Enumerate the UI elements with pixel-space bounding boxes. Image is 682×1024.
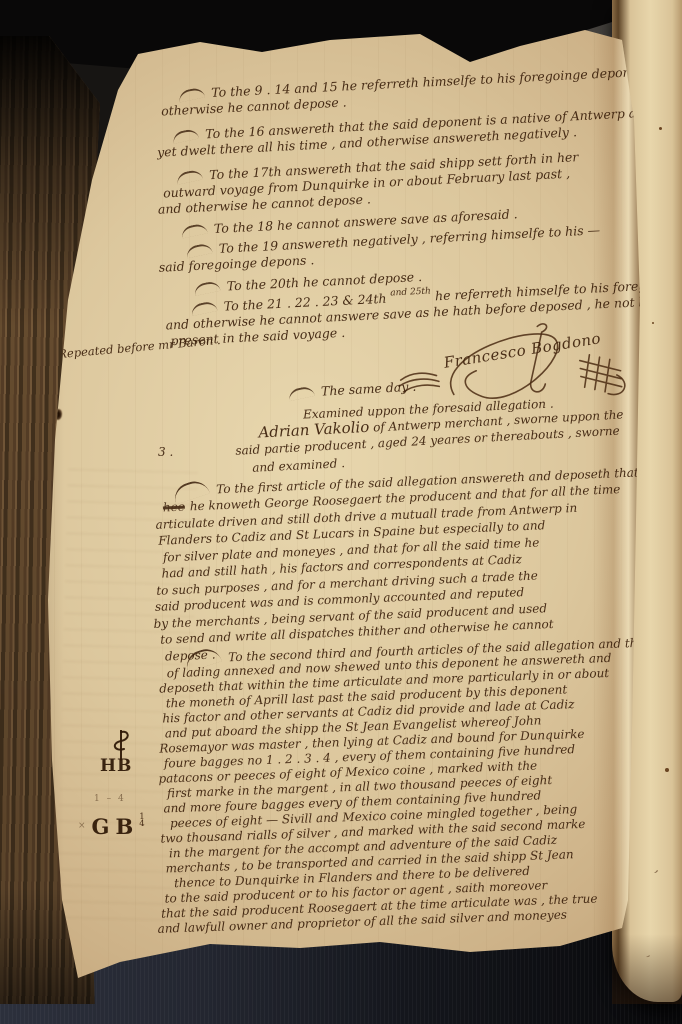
struck-word: hee: [163, 500, 185, 515]
opening-flourish: [185, 242, 213, 258]
opening-flourish: [178, 86, 206, 102]
merchant-mark-gb: ×GB14: [84, 814, 145, 839]
articles234-block: To the second third and fourth articles …: [148, 634, 678, 952]
interlined-insertion: and 25th: [390, 287, 431, 299]
paper-speck: [665, 768, 669, 772]
opening-flourish: [193, 280, 221, 296]
margin-number: 3 .: [158, 445, 173, 459]
opening-flourish: [190, 300, 218, 316]
manuscript-line: and examined .: [252, 456, 345, 475]
margin-sworn-note: Repeated before mr Baron .: [58, 333, 221, 361]
merchant-mark-fraction: 14: [139, 814, 144, 828]
paper-speck: [652, 322, 654, 324]
opening-flourish: [176, 169, 204, 185]
margin-squiggle: ×: [78, 821, 86, 831]
manuscript-line: To the 9 . 14 and 15 he referreth himsel…: [178, 63, 665, 102]
paper-speck: [659, 127, 662, 130]
merchant-mark-letters: GB: [92, 814, 140, 839]
opening-flourish: [287, 385, 315, 401]
manuscript-page: To the 9 . 14 and 15 he referreth himsel…: [0, 0, 682, 1024]
opening-flourish: [180, 222, 208, 238]
merchant-mark-letters: HB: [100, 756, 132, 776]
opening-flourish: [172, 128, 200, 144]
manuscript-line: said foregoinge depons .: [158, 252, 314, 275]
merchant-mark-hb: HB: [98, 730, 158, 794]
photograph-of-manuscript: { "photo": { "colors": { "background": "…: [0, 0, 682, 1024]
merchant-mark-range: 1 – 4: [94, 794, 126, 804]
